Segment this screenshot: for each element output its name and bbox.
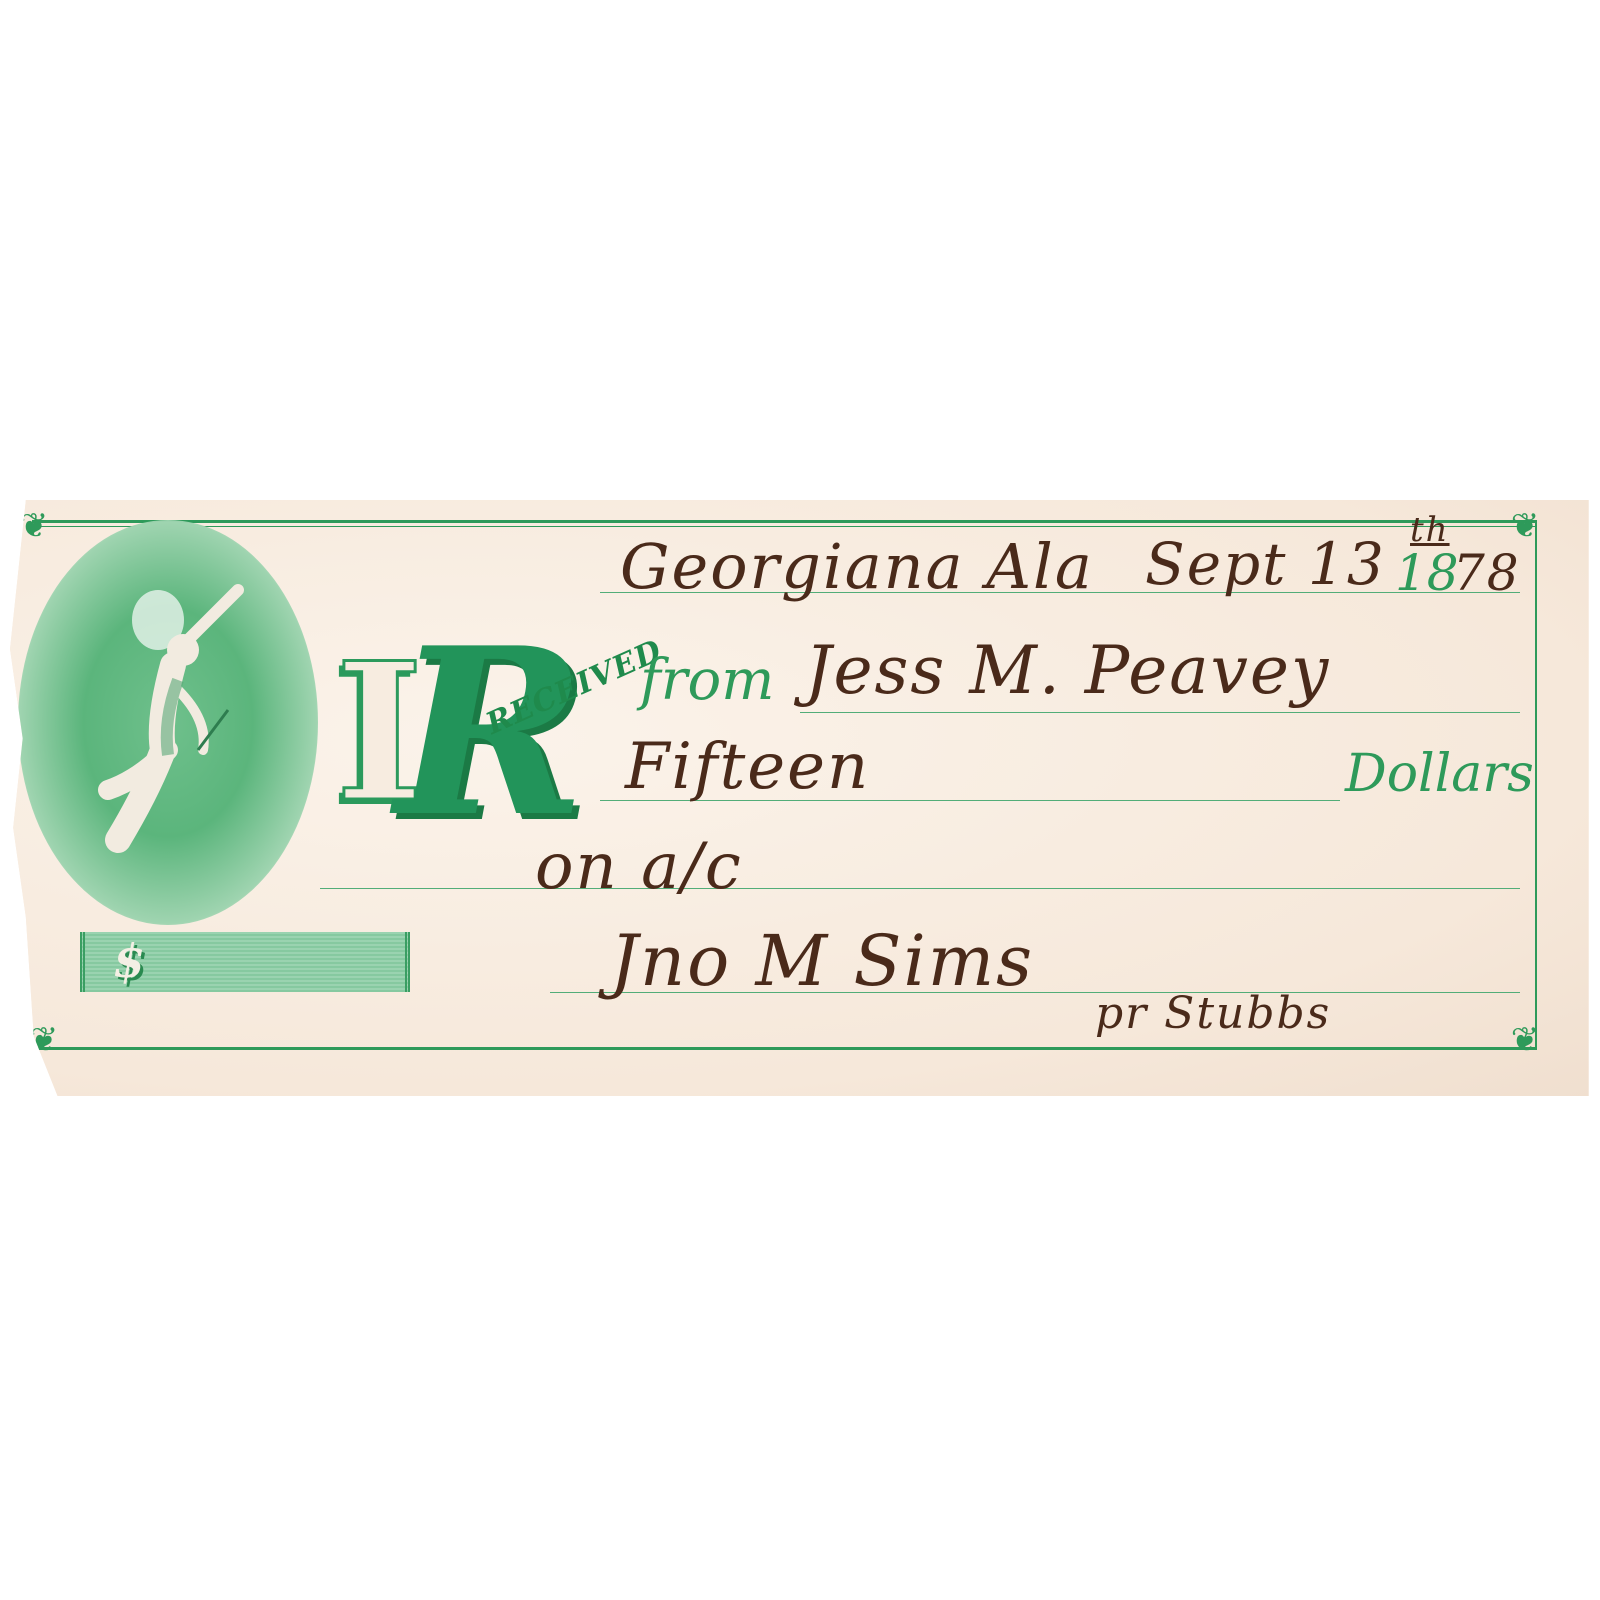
border-right (1535, 520, 1537, 1050)
amount-box: $ (80, 932, 410, 992)
memo-handwritten: on a/c (535, 830, 743, 904)
corner-ornament-icon: ❦ (24, 1020, 64, 1060)
corner-ornament-icon: ❦ (14, 506, 54, 546)
year-suffix-handwritten: 78 (1453, 544, 1521, 602)
signature-by-handwritten: pr Stubbs (1095, 988, 1331, 1039)
payer-handwritten: Jess M. Peavey (805, 632, 1330, 709)
mercury-vignette (18, 520, 318, 925)
signature-handwritten: Jno M Sims (610, 920, 1034, 1002)
amount-words-handwritten: Fifteen (625, 730, 870, 804)
dollars-label: Dollars (1345, 744, 1534, 804)
corner-ornament-icon: ❦ (1505, 506, 1545, 546)
border-bottom (32, 1047, 1537, 1050)
dollar-sign-icon: $ (113, 934, 145, 988)
memo-line (320, 888, 1520, 889)
from-line (800, 712, 1520, 713)
date-handwritten: Sept 13 (1145, 530, 1386, 598)
year-prefix-printed: 18 (1395, 544, 1459, 602)
mercury-figure-icon (88, 580, 258, 880)
receipt-document: ❦ ❦ ❦ ❦ I R RECEIVED Georgiana Ala Sept … (10, 500, 1595, 1096)
from-label: from (640, 648, 774, 713)
border-top (32, 520, 1537, 523)
place-handwritten: Georgiana Ala (620, 530, 1094, 603)
border-top-inner (32, 526, 1537, 527)
corner-ornament-icon: ❦ (1505, 1020, 1545, 1060)
